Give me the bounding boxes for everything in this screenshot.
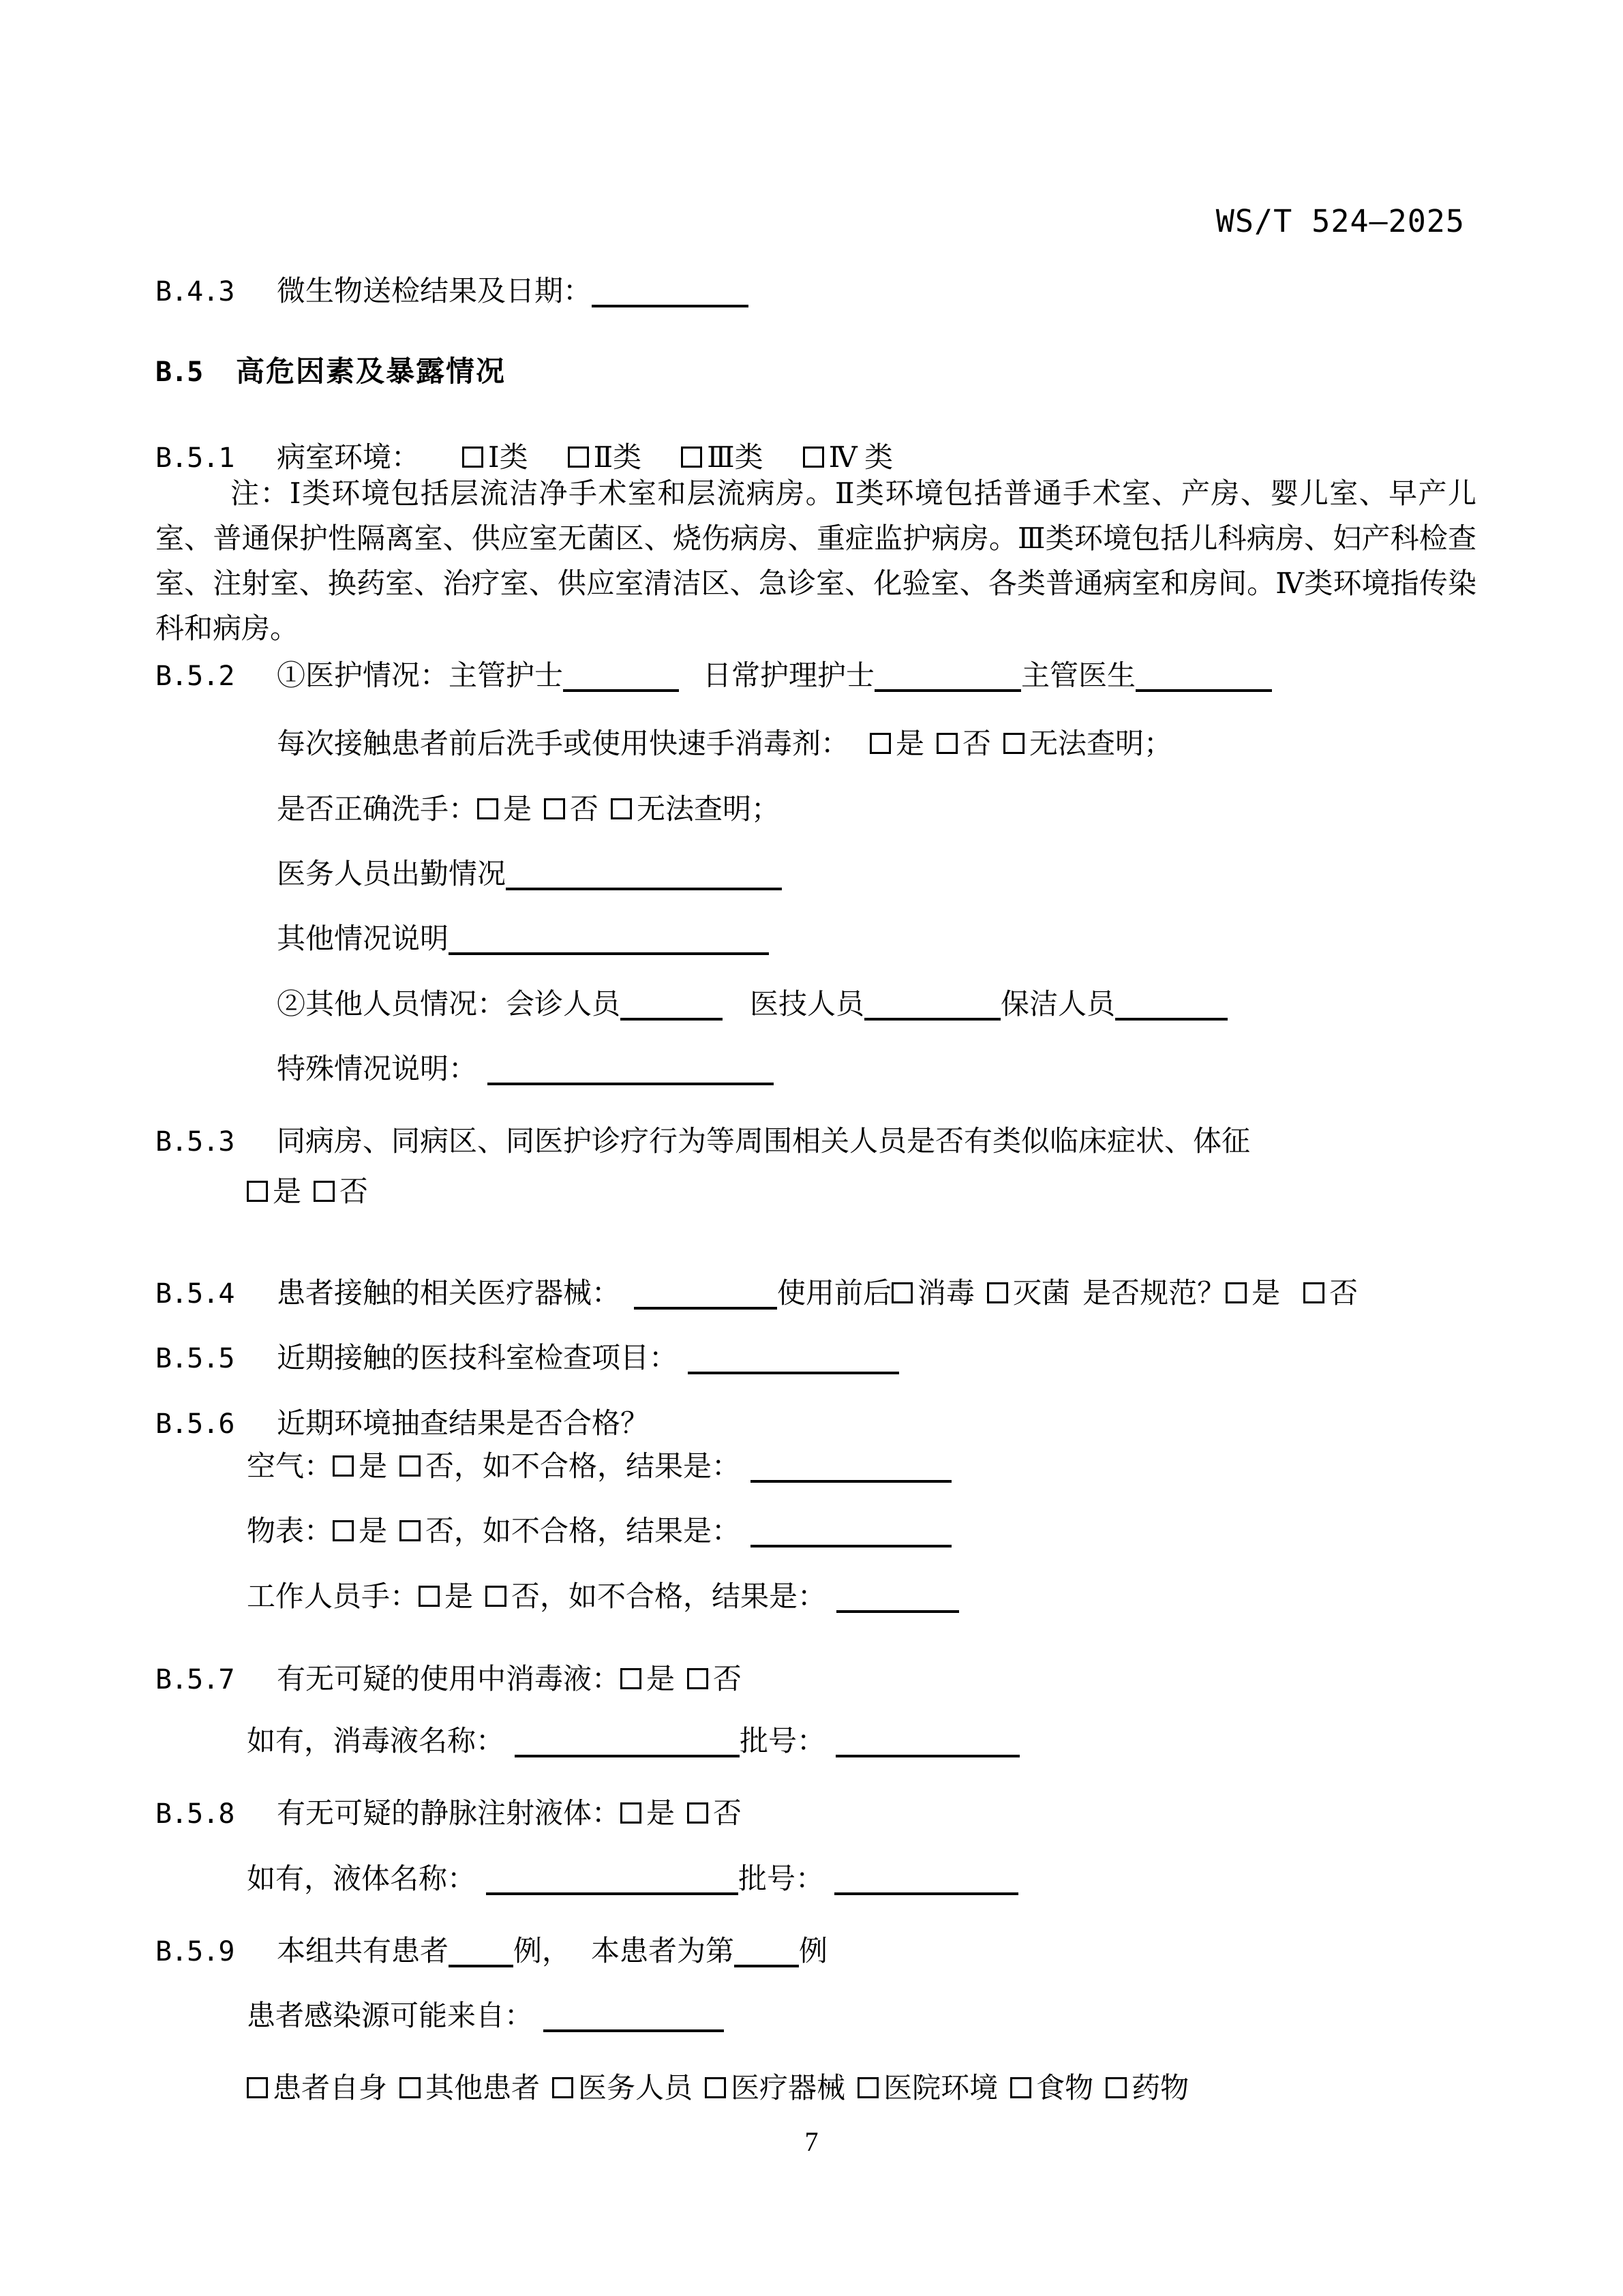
checkbox-option[interactable]: Ⅳ 类 (803, 440, 893, 477)
spacer (740, 1475, 750, 1476)
checkbox-icon[interactable] (1226, 1282, 1247, 1303)
field-line-b5-2-hand: 每次接触患者前后洗手或使用快速手消毒剂：是否无法查明； (277, 727, 1172, 763)
spacer (504, 1749, 515, 1751)
clause-b5-5: B.5.5近期接触的医技科室检查项目： (155, 1341, 899, 1377)
spacer (476, 1887, 486, 1888)
clause-number: B.5.9 (155, 1935, 277, 1969)
checkbox-icon[interactable] (477, 798, 498, 819)
spacer (924, 752, 937, 753)
clause-b5-8: B.5.8有无可疑的静脉注射液体：是否 (155, 1796, 742, 1832)
checkbox-icon[interactable] (399, 1520, 421, 1541)
clause-number: B.5.4 (155, 1277, 277, 1311)
spacer (532, 817, 544, 819)
checkbox-icon[interactable] (620, 1668, 641, 1689)
checkbox-option[interactable]: 是 (247, 1175, 301, 1211)
checkbox-icon[interactable] (1003, 733, 1025, 754)
field-line-b5-7-detail: 如有，消毒液名称：批号： (247, 1724, 1020, 1760)
spacer (387, 1475, 399, 1476)
checkbox-icon[interactable] (399, 2077, 421, 2098)
spacer (824, 1887, 834, 1888)
spacer (675, 1822, 687, 1823)
text-run: 空气： (247, 1451, 333, 1483)
blank-field[interactable] (836, 1602, 959, 1613)
blank-field[interactable] (543, 2021, 724, 2032)
checkbox-icon[interactable] (803, 447, 824, 468)
blank-field[interactable] (864, 1010, 1001, 1021)
checkbox-option[interactable]: 是 (477, 792, 532, 828)
checkbox-label: 是 (444, 1582, 473, 1613)
spacer (1070, 1301, 1082, 1303)
field-line-b5-9-source: 患者感染源可能来自： (247, 1999, 724, 2035)
checkbox-icon[interactable] (247, 2077, 268, 2098)
field-line-b5-6-air: 空气：是否，如不合格，结果是： (247, 1449, 952, 1485)
spacer (849, 752, 870, 753)
checkbox-option[interactable]: 是 (333, 1514, 387, 1550)
checkbox-option[interactable]: 否 (687, 1796, 742, 1832)
field-line-b5-9-source-options: 患者自身其他患者医务人员医疗器械医院环境食物药物 (247, 2071, 1189, 2107)
field-line-b5-2-washing: 是否正确洗手：是否无法查明； (277, 792, 780, 828)
clause-number: B.5.2 (155, 659, 277, 693)
checkbox-icon[interactable] (314, 1181, 335, 1202)
checkbox-icon[interactable] (705, 2077, 726, 2098)
spacer (473, 1605, 485, 1606)
text-run: 医务人员出勤情况 (277, 859, 506, 890)
checkbox-label: 医院环境 (883, 2073, 998, 2104)
standard-number: WS/T 524—2025 (1216, 203, 1465, 239)
text-run: 例， (513, 1936, 571, 1967)
checkbox-option[interactable]: 否 (399, 1449, 454, 1485)
spacer (420, 466, 462, 467)
checkbox-icon[interactable] (419, 1586, 440, 1607)
spacer (675, 1687, 687, 1689)
text-run: 病室环境： (277, 442, 420, 474)
checkbox-label: 是 (359, 1516, 387, 1547)
spacer (679, 684, 703, 685)
checkbox-label: 是 (1252, 1278, 1280, 1310)
note-paragraph: 注：Ⅰ类环境包括层流洁净手术室和层流病房。Ⅱ类环境包括普通手术室、产房、婴儿室、… (155, 472, 1476, 652)
checkbox-label: 否 (425, 1516, 454, 1547)
checkbox-icon[interactable] (333, 1455, 354, 1477)
field-line-b5-2-other-notes: 其他情况说明 (277, 922, 769, 958)
checkbox-option[interactable]: 否 (485, 1580, 540, 1616)
checkbox-icon[interactable] (620, 1802, 641, 1824)
spacer (1280, 1301, 1303, 1303)
field-line-b5-3-yn: 是否 (247, 1175, 368, 1211)
checkbox-label: 否 (425, 1451, 454, 1483)
checkbox-option[interactable]: 食物 (1010, 2071, 1093, 2107)
checkbox-label: 消毒 (917, 1278, 975, 1310)
blank-field[interactable] (836, 1747, 1020, 1757)
checkbox-icon[interactable] (937, 733, 958, 754)
field-line-b5-2-attendance: 医务人员出勤情况 (277, 857, 782, 893)
checkbox-label: 是 (646, 1664, 675, 1695)
clause-b5-7: B.5.7有无可疑的使用中消毒液：是否 (155, 1662, 742, 1698)
checkbox-label: 否 (339, 1177, 368, 1208)
spacer (540, 2096, 552, 2098)
checkbox-icon[interactable] (687, 1668, 708, 1689)
checkbox-label: 是 (273, 1177, 301, 1208)
checkbox-option[interactable]: Ⅰ类 (462, 440, 528, 477)
checkbox-option[interactable]: 医务人员 (552, 2071, 693, 2107)
blank-field[interactable] (592, 297, 748, 307)
text-run: 近期环境抽查结果是否合格？ (277, 1408, 649, 1440)
text-run: 如有，消毒液名称： (247, 1726, 504, 1757)
text-run: 本患者为第 (591, 1936, 734, 1967)
checkbox-label: 其他患者 (425, 2073, 540, 2104)
spacer (998, 2096, 1010, 2098)
text-run: 近期接触的医技科室检查项目： (277, 1343, 678, 1374)
checkbox-label: 医疗器械 (731, 2073, 845, 2104)
checkbox-icon[interactable] (987, 1282, 1008, 1303)
spacer (678, 1366, 688, 1368)
checkbox-option[interactable]: 无法查明； (1003, 727, 1172, 763)
checkbox-label: 是 (896, 729, 924, 760)
checkbox-label: 是 (359, 1451, 387, 1483)
spacer (975, 1301, 987, 1303)
text-run: 批号： (740, 1726, 825, 1757)
blank-field[interactable] (449, 944, 769, 955)
clause-number: B.5.8 (155, 1797, 277, 1831)
text-run: ，如不合格，结果是： (454, 1451, 740, 1483)
checkbox-label: 无法查明； (637, 794, 780, 826)
spacer (740, 1539, 750, 1541)
checkbox-icon[interactable] (399, 1455, 421, 1477)
clause-b5-3: B.5.3同病房、同病区、同医护诊疗行为等周围相关人员是否有类似临床症状、体征 (155, 1124, 1250, 1160)
spacer (723, 1012, 750, 1014)
checkbox-icon[interactable] (858, 2077, 879, 2098)
checkbox-icon[interactable] (1106, 2077, 1127, 2098)
spacer (533, 2024, 543, 2025)
text-run: 是否正确洗手： (277, 794, 477, 826)
text-run: 微生物送检结果及日期： (277, 276, 592, 307)
checkbox-option[interactable]: 否 (937, 727, 991, 763)
checkbox-option[interactable]: 是 (620, 1796, 675, 1832)
blank-field[interactable] (834, 1884, 1018, 1895)
checkbox-icon[interactable] (870, 733, 891, 754)
text-run: 同病房、同病区、同医护诊疗行为等周围相关人员是否有类似临床症状、体征 (277, 1126, 1250, 1158)
checkbox-icon[interactable] (485, 1586, 506, 1607)
checkbox-option[interactable]: 患者自身 (247, 2071, 387, 2107)
text-run: ，如不合格，结果是： (454, 1516, 740, 1547)
spacer (571, 1959, 591, 1961)
field-line-b5-2-other-staff: ②其他人员情况：会诊人员医技人员保洁人员 (277, 987, 1228, 1023)
spacer (528, 466, 568, 467)
checkbox-label: 否 (1329, 1278, 1358, 1310)
checkbox-label: 医务人员 (578, 2073, 693, 2104)
text-run: 有无可疑的静脉注射液体： (277, 1798, 620, 1830)
checkbox-option[interactable]: 灭菌 (987, 1276, 1070, 1312)
field-line-b5-2-special: 特殊情况说明： (277, 1052, 774, 1088)
blank-field[interactable] (750, 1472, 952, 1483)
blank-field[interactable] (563, 681, 679, 692)
checkbox-option[interactable]: 是 (419, 1580, 473, 1616)
checkbox-option[interactable]: 否 (1303, 1276, 1358, 1312)
text-run: 日常护理护士 (703, 661, 875, 692)
checkbox-label: 患者自身 (273, 2073, 387, 2104)
checkbox-option[interactable]: 消毒 (892, 1276, 975, 1312)
clause-number: B.5.1 (155, 441, 277, 475)
checkbox-icon[interactable] (892, 1282, 913, 1303)
text-run: 其他情况说明 (277, 924, 449, 955)
text-run: ，如不合格，结果是： (540, 1582, 826, 1613)
text-run: ②其他人员情况：会诊人员 (277, 989, 620, 1021)
blank-field[interactable] (688, 1363, 899, 1374)
checkbox-label: Ⅰ类 (488, 442, 528, 474)
blank-field[interactable] (750, 1537, 952, 1547)
spacer (845, 2096, 858, 2098)
blank-field[interactable] (875, 681, 1021, 692)
blank-field[interactable] (620, 1010, 723, 1021)
spacer (1093, 2096, 1106, 2098)
checkbox-label: 是 (503, 794, 532, 826)
spacer (826, 1605, 836, 1606)
section-heading-b5: B.5高危因素及暴露情况 (155, 354, 506, 391)
checkbox-option[interactable]: 是 (333, 1449, 387, 1485)
blank-field[interactable] (515, 1747, 740, 1757)
spacer (387, 1539, 399, 1541)
clause-b5-9: B.5.9本组共有患者例，本患者为第例 (155, 1934, 828, 1970)
clause-number: B.5.7 (155, 1663, 277, 1697)
clause-b5-4: B.5.4患者接触的相关医疗器械：使用前后消毒灭菌是否规范？是否 (155, 1276, 1358, 1312)
spacer (641, 466, 681, 467)
checkbox-label: 药物 (1132, 2073, 1189, 2104)
checkbox-label: 灭菌 (1013, 1278, 1070, 1310)
text-run: 每次接触患者前后洗手或使用快速手消毒剂： (277, 729, 849, 760)
text-run: 物表： (247, 1516, 333, 1547)
checkbox-icon[interactable] (1303, 1282, 1324, 1303)
checkbox-icon[interactable] (681, 447, 702, 468)
checkbox-option[interactable]: 否 (687, 1662, 742, 1698)
blank-field[interactable] (486, 1884, 738, 1895)
text-run: 特殊情况说明： (277, 1054, 477, 1085)
clause-b5-1: B.5.1病室环境：Ⅰ类Ⅱ类Ⅲ类Ⅳ 类 (155, 440, 893, 477)
text-run: 是否规范？ (1082, 1278, 1226, 1310)
text-run: 主管医生 (1021, 661, 1136, 692)
clause-b4-3: B.4.3微生物送检结果及日期： (155, 274, 748, 310)
checkbox-icon[interactable] (247, 1181, 268, 1202)
blank-field[interactable] (1115, 1010, 1228, 1021)
document-page: WS/T 524—2025 B.4.3微生物送检结果及日期：B.5高危因素及暴露… (0, 0, 1623, 2296)
checkbox-icon[interactable] (611, 798, 632, 819)
spacer (620, 1301, 634, 1303)
clause-number: B.4.3 (155, 275, 277, 309)
clause-number: B.5 (155, 355, 236, 389)
blank-field[interactable] (734, 1957, 799, 1967)
blank-field[interactable] (634, 1299, 777, 1310)
checkbox-label: 否 (962, 729, 991, 760)
text-run: 如有，液体名称： (247, 1864, 476, 1895)
checkbox-label: 是 (646, 1798, 675, 1830)
blank-field[interactable] (487, 1074, 774, 1085)
checkbox-icon[interactable] (1010, 2077, 1031, 2098)
checkbox-icon[interactable] (552, 2077, 573, 2098)
clause-number: B.5.6 (155, 1407, 277, 1441)
text-run: 有无可疑的使用中消毒液： (277, 1664, 620, 1695)
checkbox-option[interactable]: 否 (399, 1514, 454, 1550)
checkbox-label: 否 (713, 1664, 742, 1695)
checkbox-label: Ⅲ类 (707, 442, 763, 474)
field-line-b5-6-hands: 工作人员手：是否，如不合格，结果是： (247, 1580, 959, 1616)
checkbox-option[interactable]: 是 (620, 1662, 675, 1698)
clause-number: B.5.3 (155, 1125, 277, 1159)
checkbox-option[interactable]: 药物 (1106, 2071, 1189, 2107)
text-run: 高危因素及暴露情况 (236, 355, 506, 387)
blank-field[interactable] (506, 879, 782, 890)
spacer (387, 2096, 399, 2098)
text-run: 工作人员手： (247, 1582, 419, 1613)
clause-number: B.5.5 (155, 1342, 277, 1376)
checkbox-option[interactable]: 医院环境 (858, 2071, 998, 2107)
spacer (301, 1200, 314, 1201)
text-run: 保洁人员 (1001, 989, 1115, 1021)
checkbox-label: 否 (713, 1798, 742, 1830)
checkbox-option[interactable]: 无法查明； (611, 792, 780, 828)
checkbox-label: 否 (570, 794, 598, 826)
text-run: 本组共有患者 (277, 1936, 449, 1967)
spacer (693, 2096, 705, 2098)
checkbox-option[interactable]: 否 (544, 792, 598, 828)
clause-b5-2: B.5.2①医护情况：主管护士日常护理护士主管医生 (155, 659, 1272, 695)
spacer (825, 1749, 836, 1751)
spacer (763, 466, 803, 467)
checkbox-label: 食物 (1036, 2073, 1093, 2104)
checkbox-label: Ⅳ 类 (829, 442, 893, 474)
text-run: 医技人员 (750, 989, 864, 1021)
text-run: 患者接触的相关医疗器械： (277, 1278, 620, 1310)
text-run: 使用前后 (777, 1278, 892, 1310)
blank-field[interactable] (449, 1957, 513, 1967)
spacer (598, 817, 611, 819)
spacer (477, 1077, 487, 1078)
checkbox-label: 否 (511, 1582, 540, 1613)
checkbox-label: 无法查明； (1029, 729, 1172, 760)
checkbox-icon[interactable] (333, 1520, 354, 1541)
checkbox-option[interactable]: 是 (870, 727, 924, 763)
text-run: 例 (799, 1936, 828, 1967)
text-run: 患者感染源可能来自： (247, 2001, 533, 2032)
spacer (991, 752, 1003, 753)
checkbox-option[interactable]: Ⅲ类 (681, 440, 763, 477)
field-line-b5-8-detail: 如有，液体名称：批号： (247, 1862, 1018, 1898)
checkbox-option[interactable]: 其他患者 (399, 2071, 540, 2107)
checkbox-label: Ⅱ类 (594, 442, 642, 474)
page-number: 7 (0, 2126, 1623, 2158)
checkbox-icon[interactable] (462, 447, 483, 468)
text-run: 注：Ⅰ类环境包括层流洁净手术室和层流病房。Ⅱ类环境包括普通手术室、产房、婴儿室、… (155, 479, 1476, 645)
checkbox-option[interactable]: 是 (1226, 1276, 1280, 1312)
text-run: 批号： (738, 1864, 824, 1895)
field-line-b5-6-surface: 物表：是否，如不合格，结果是： (247, 1514, 952, 1550)
clause-b5-6: B.5.6近期环境抽查结果是否合格？ (155, 1406, 649, 1442)
blank-field[interactable] (1136, 681, 1272, 692)
text-run: ①医护情况：主管护士 (277, 661, 563, 692)
checkbox-option[interactable]: Ⅱ类 (568, 440, 642, 477)
checkbox-option[interactable]: 否 (314, 1175, 368, 1211)
checkbox-icon[interactable] (568, 447, 589, 468)
checkbox-icon[interactable] (687, 1802, 708, 1824)
checkbox-option[interactable]: 医疗器械 (705, 2071, 845, 2107)
checkbox-icon[interactable] (544, 798, 565, 819)
